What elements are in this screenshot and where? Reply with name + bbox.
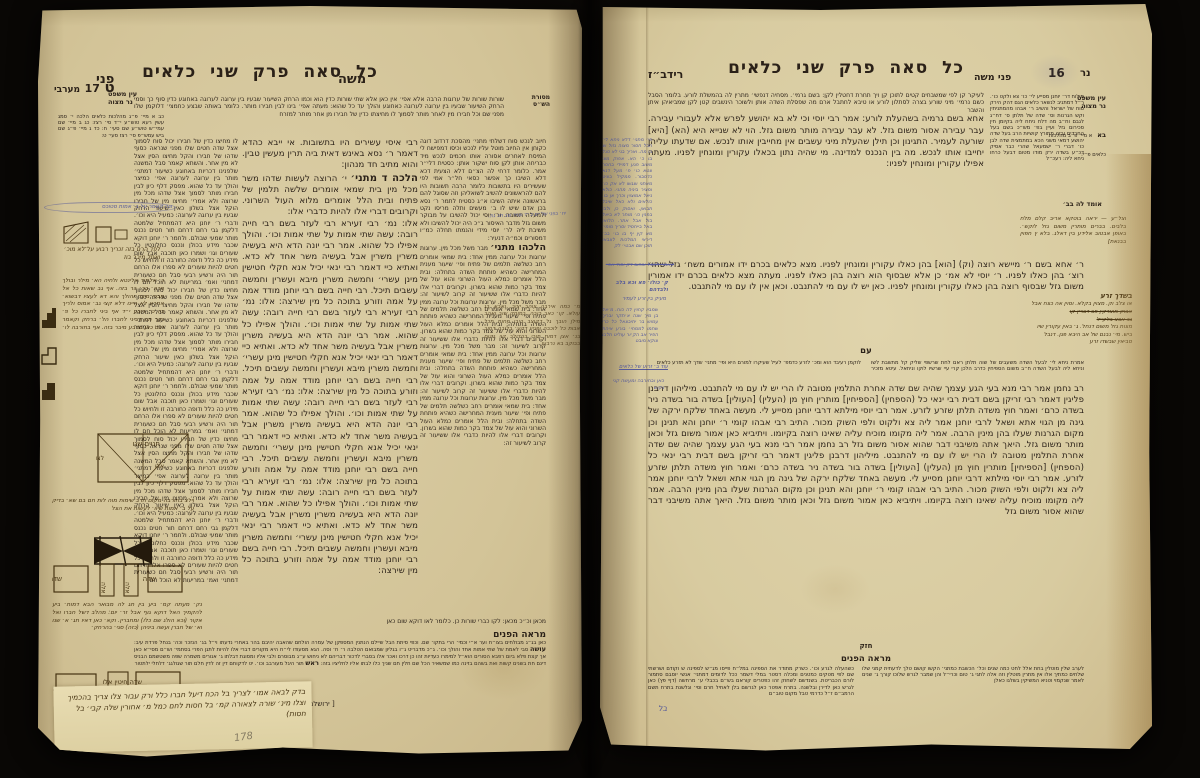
halakhah-5-heading: הלכהו מתני׳ [490, 242, 546, 253]
masoret-line1: מסורת [508, 94, 550, 101]
main-text-column: רבי איסי עשירים היו בתשובות. אי ייבא כהד… [242, 138, 418, 614]
handwritten-margin-paragraph: כ׳ אלמוד אלינטא ולחיה הא׳ מילר ובולך פרה… [62, 278, 164, 416]
handwritten-diagram-caption: לפד הרם בזה זכריך רבוע על־לא מוכ׳ ואתל מ… [58, 246, 160, 262]
mishnah-paragraph: הלכה ד מתני׳ י׳ הרוצה לעשות שדהו משר מכל… [242, 172, 418, 219]
diagram-label: שדה [143, 575, 156, 583]
diagram-label: אלה [124, 582, 131, 593]
handwritten-gutter-column: פי׳ מתני׳ דלא ניחא לי׳ חבל חסור מצוה גזו… [602, 138, 652, 260]
step-glyph-icon [40, 378, 58, 402]
centered-word-chazak: חזק [648, 642, 1084, 651]
diagram-label: חנוים שנו [133, 440, 160, 448]
top-commentary-block: שורות שורות של ערוגות הרבה אלא אפי׳ אין … [134, 96, 504, 134]
field-diagram-trapezoid [62, 220, 134, 246]
handwritten-underlined-line: עוד ב׳ זרוע של כלאים [604, 364, 668, 371]
field-boxes-row: שדה אלה אלה שדה [52, 562, 186, 602]
diagram-label: אלו [155, 463, 164, 470]
handwritten-gutter-block: מ׳ כמה אירבה צוהב יציב. ואבא בג עולא. קו… [484, 304, 580, 462]
handwritten-struck-line: קאמר לחסל וכחוב דק וסוד אפ׳ [600, 262, 674, 269]
entry-letter: בא [1097, 131, 1106, 139]
book-scan: ט 17 מערבי פני כל סאה פרק שני כלאים משה … [0, 0, 1200, 778]
ridbaz-label: רידב״ז [648, 68, 683, 81]
field-diagram-crossed-box: חנוים שנו לצוויים אלו [96, 420, 192, 494]
interleaved-commentary-block: אמרת ניחא לי׳ לבעל השדה משעבים של שוה תל… [648, 360, 1084, 380]
left-page: ט 17 מערבי פני כל סאה פרק שני כלאים משה … [38, 6, 582, 758]
mareh-hapanim-right-column: לערב שלין מוטלין בחת אלל לחט כמה שנים וכ… [862, 666, 1084, 712]
handwritten-mid-paragraph: נק׳ מעתה קמ׳ ביע בין תג לה מבואר הבא דמו… [52, 602, 202, 668]
gutter-shadow [578, 0, 604, 778]
diagram-label: שדה [52, 575, 62, 583]
gemara-continuation: רב נחמן אמר רבי מנא בעי הגע עצמך שהיה שם… [648, 384, 1084, 640]
commentary-name-right: משה [338, 72, 366, 87]
step-glyph-icon [40, 342, 58, 366]
handwritten-circled-note: וגה קאמר על ב׳ אמות סטוכס [44, 202, 176, 213]
pnei-moshe-narrow-column: מילוח דר׳ יוחנן מסייע לי׳ כו׳ צא ולקט כו… [990, 94, 1084, 258]
gemara-pre: רבי איסי עשירים היו בתשובות. אי ייבא כהד… [242, 138, 418, 172]
folio-word: מערבי [54, 85, 80, 95]
handwritten-blue-stamp: יח׳ בפני של״ם ב״ד וצויר שב תב גת. [486, 211, 566, 220]
handwritten-note: ק׳ כולו׳ פא וכא בלב ולבדהם [602, 280, 668, 294]
main-left-column: לעיקר קן לפי שמשבחים קטים לתוכן קן ויך ת… [648, 92, 984, 258]
diagram-label: לצוויים [96, 455, 104, 462]
commentary-intro-lines: לעיקר קן לפי שמשבחים קטים לתוכן קן ויך ת… [648, 92, 984, 114]
gemara-main-paragraph: ר׳ אחא בשם ר׳ מיישא רוצה (וק) [הוא] בהן … [648, 260, 1084, 344]
handwritten-note: שמביו קחוין לה כוח. מ׳אל בן מיך שנה א׳תק… [602, 308, 658, 358]
page-title: כל סאה פרק שני כלאים [738, 58, 964, 78]
mp-lead-oseh: עושה [530, 645, 546, 653]
folio-word: נר [1080, 68, 1091, 79]
halakhah-4-heading: הלכה ד מתני׳ [351, 173, 418, 184]
handwritten-corner-mark: בל [658, 704, 667, 714]
handwritten-note: מעיק בין זרע לעמיר [606, 296, 666, 303]
diagram-label: אלה [100, 582, 107, 593]
right-page: רידב״ז כל סאה פרק שני כלאים פני משה 16 נ… [600, 4, 1152, 752]
folio-number: 16 [1048, 66, 1065, 80]
step-glyph-icon [40, 306, 58, 330]
masoret-line2: הש״ס [508, 101, 550, 108]
handwritten-note-below-diagram: וילצ בחורבה מקום חרב שימות מוה לות חם בם… [52, 498, 194, 534]
centered-word-am: עם [648, 346, 1084, 357]
pnei-moshe-pre: חיוב לנכש סוח דשלתי מתני׳ מהסכת דרדוב דו… [420, 138, 546, 242]
pnei-moshe-label: פני משה [974, 72, 1011, 83]
mp-lead-rosh: ראש [305, 659, 319, 667]
mareh-hapanim-left-column: כשהעלה לגרע וכו׳. כשרק מתודר את הספינה ב… [648, 666, 854, 712]
gemara-top: אחא בשם גרמיה בשהעלת לורע: אמר רבי יוסי … [648, 114, 984, 170]
masoret-hashas-label: מסורת הש״ס [508, 94, 550, 108]
handwritten-note: כאן ובחורבה ומעשה קני נקוש [604, 378, 664, 391]
commentary-name-left: פני [96, 72, 114, 87]
mareh-hapanim-heading: מראה הפנים [648, 654, 1084, 664]
handwritten-bottom-block: בדק לבאה אמו׳ לצריך בל הכח דיעל חברו כלל… [63, 687, 307, 755]
gemara-paragraph: אלו: נמ׳ רבי זעירא רבי לעזר בשם רבי חייה… [242, 219, 418, 578]
